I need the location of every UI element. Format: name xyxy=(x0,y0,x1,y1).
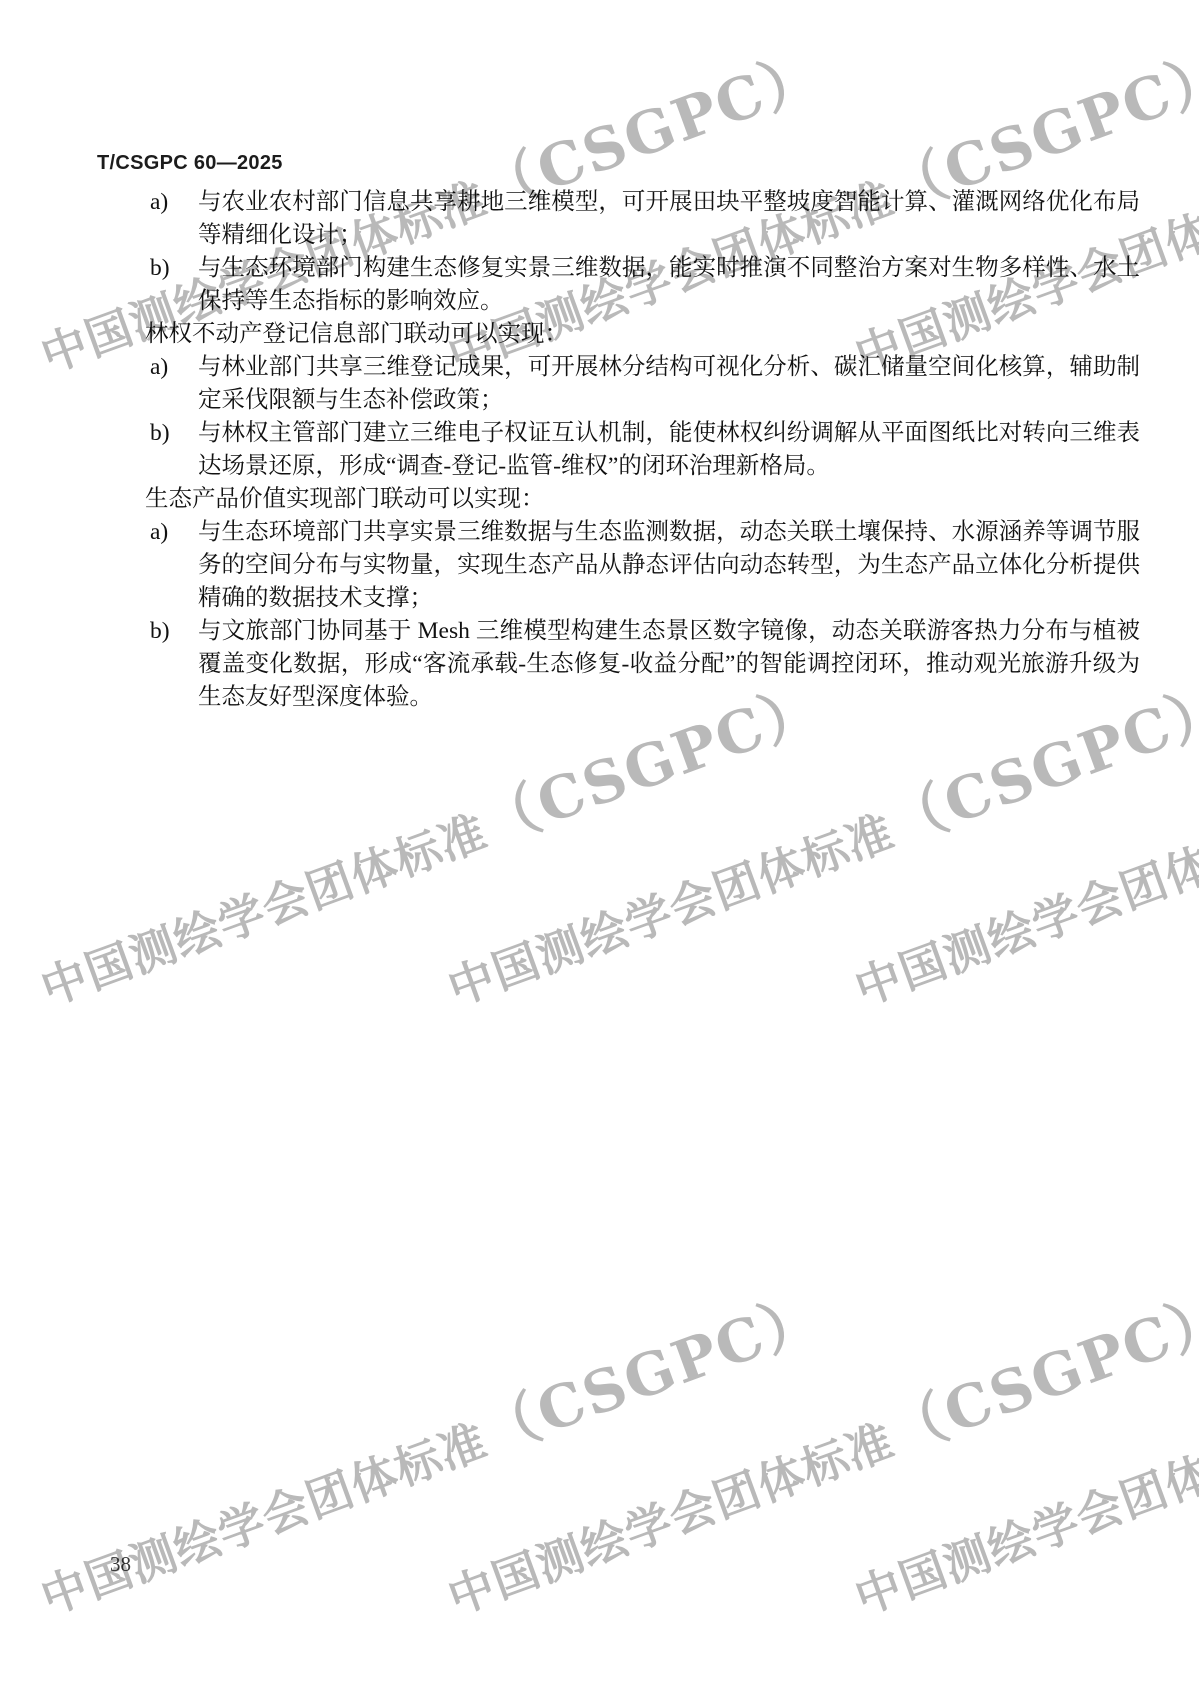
line-text: 与林权主管部门建立三维电子权证互认机制，能使林权纠纷调解从平面图纸比对转向三维表… xyxy=(198,420,1140,479)
list-marker: b) xyxy=(150,252,198,285)
list-item: b)与林权主管部门建立三维电子权证互认机制，能使林权纠纷调解从平面图纸比对转向三… xyxy=(145,417,1140,483)
list-item: a)与生态环境部门共享实景三维数据与生态监测数据，动态关联土壤保持、水源涵养等调… xyxy=(145,516,1140,615)
document-body: a)与农业农村部门信息共享耕地三维模型，可开展田块平整坡度智能计算、灌溉网络优化… xyxy=(145,186,1140,714)
watermark-latin-text: （CSGPC） xyxy=(472,1281,831,1467)
line-text: 与农业农村部门信息共享耕地三维模型，可开展田块平整坡度智能计算、灌溉网络优化布局… xyxy=(198,189,1140,248)
list-marker: a) xyxy=(150,351,198,384)
list-marker: a) xyxy=(150,186,198,219)
csgpc-watermark: 中国测绘学会团体标准（CSGPC） xyxy=(840,1269,1199,1631)
list-marker: a) xyxy=(150,516,198,549)
line-text: 林权不动产登记信息部门联动可以实现： xyxy=(145,321,568,347)
line-text: 生态产品价值实现部门联动可以实现： xyxy=(145,486,545,512)
list-marker: b) xyxy=(150,615,198,648)
watermark-chinese-text: 中国测绘学会团体标准 xyxy=(34,804,494,1015)
watermark-chinese-text: 中国测绘学会团体标准 xyxy=(441,1413,901,1624)
list-item: b)与生态环境部门构建生态修复实景三维数据，能实时推演不同整治方案对生物多样性、… xyxy=(145,252,1140,318)
standard-number-header: T/CSGPC 60—2025 xyxy=(97,152,283,175)
list-item: b)与文旅部门协同基于 Mesh 三维模型构建生态景区数字镜像，动态关联游客热力… xyxy=(145,615,1140,714)
watermark-chinese-text: 中国测绘学会团体标准 xyxy=(848,804,1199,1015)
csgpc-watermark: 中国测绘学会团体标准（CSGPC） xyxy=(26,1269,832,1631)
page-number: 38 xyxy=(110,1552,131,1577)
line-text: 与文旅部门协同基于 Mesh 三维模型构建生态景区数字镜像，动态关联游客热力分布… xyxy=(198,618,1140,710)
list-marker: b) xyxy=(150,417,198,450)
document-page: T/CSGPC 60—2025 a)与农业农村部门信息共享耕地三维模型，可开展田… xyxy=(0,0,1199,1696)
watermark-latin-text: （CSGPC） xyxy=(879,1281,1199,1467)
line-text: 与生态环境部门构建生态修复实景三维数据，能实时推演不同整治方案对生物多样性、水土… xyxy=(198,255,1140,314)
watermark-chinese-text: 中国测绘学会团体标准 xyxy=(34,1413,494,1624)
paragraph: 生态产品价值实现部门联动可以实现： xyxy=(145,483,1140,516)
paragraph: 林权不动产登记信息部门联动可以实现： xyxy=(145,318,1140,351)
list-item: a)与林业部门共享三维登记成果，可开展林分结构可视化分析、碳汇储量空间化核算，辅… xyxy=(145,351,1140,417)
csgpc-watermark: 中国测绘学会团体标准（CSGPC） xyxy=(433,1269,1199,1631)
line-text: 与林业部门共享三维登记成果，可开展林分结构可视化分析、碳汇储量空间化核算，辅助制… xyxy=(198,354,1140,413)
watermark-chinese-text: 中国测绘学会团体标准 xyxy=(441,804,901,1015)
line-text: 与生态环境部门共享实景三维数据与生态监测数据，动态关联土壤保持、水源涵养等调节服… xyxy=(198,519,1140,611)
list-item: a)与农业农村部门信息共享耕地三维模型，可开展田块平整坡度智能计算、灌溉网络优化… xyxy=(145,186,1140,252)
watermark-chinese-text: 中国测绘学会团体标准 xyxy=(848,1413,1199,1624)
